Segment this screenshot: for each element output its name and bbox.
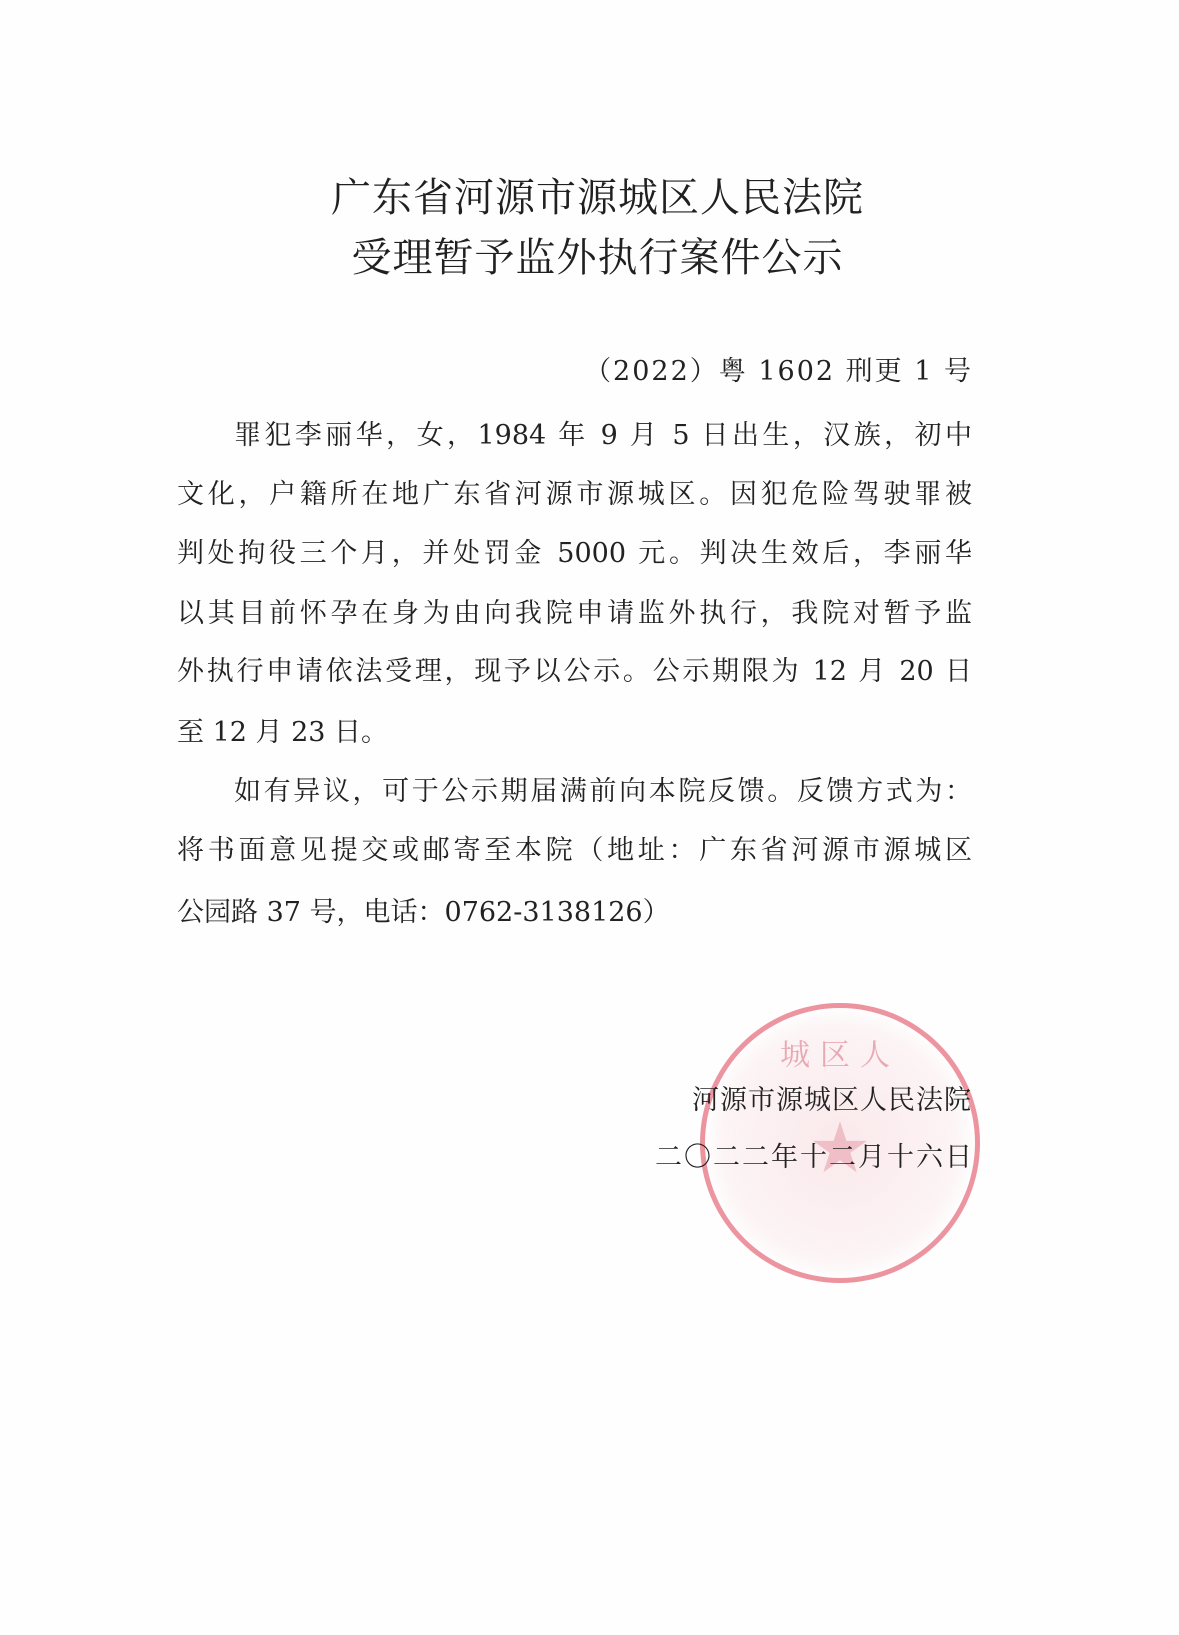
paragraph-line: 至 12 月 23 日。 (177, 713, 388, 753)
seal-text: 城区人 (705, 1030, 975, 1074)
document-page: 广东省河源市源城区人民法院 受理暂予监外执行案件公示 （2022）粤 1602 … (0, 0, 1179, 1635)
paragraph-line: 判处拘役三个月，并处罚金 5000 元。判决生效后，李丽华 (177, 534, 972, 574)
signature-organization: 河源市源城区人民法院 (692, 1081, 972, 1121)
paragraph-line: 文化，户籍所在地广东省河源市源城区。因犯危险驾驶罪被 (177, 475, 972, 515)
document-title-line2: 受理暂予监外执行案件公示 (8, 228, 1179, 288)
paragraph-line: 公园路 37 号，电话：0762-3138126） (177, 893, 670, 933)
document-title-line1: 广东省河源市源城区人民法院 (8, 168, 1179, 228)
signature-date: 二〇二二年十二月十六日 (655, 1138, 974, 1178)
paragraph-line: 将书面意见提交或邮寄至本院（地址：广东省河源市源城区 (177, 831, 972, 871)
case-number: （2022）粤 1602 刑更 1 号 (584, 352, 973, 392)
paragraph-line: 外执行申请依法受理，现予以公示。公示期限为 12 月 20 日 (177, 652, 972, 692)
paragraph-line: 如有异议，可于公示期届满前向本院反馈。反馈方式为： (234, 772, 972, 812)
paragraph-line: 以其目前怀孕在身为由向我院申请监外执行，我院对暂予监 (177, 594, 972, 634)
paragraph-line: 罪犯李丽华，女，1984 年 9 月 5 日出生，汉族，初中 (234, 416, 972, 456)
